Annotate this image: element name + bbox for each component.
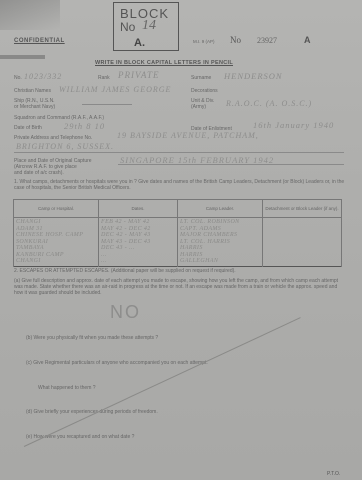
pto-label: P.T.O. [327,471,340,477]
dates-entry: ... [101,258,175,265]
camps-table-row: CHANGI ADAM 31 CHINESE HOSP. CAMP SONKUR… [14,218,342,267]
leader-entry: GALLEGHAN [180,258,260,265]
service-no-value: 1023/332 [24,72,62,81]
form-reference: M.I. 9 (AP) [193,39,215,44]
camp-entry: CHANGI [16,258,96,265]
christian-names-value: WILLIAM JAMES GEORGE [59,85,171,94]
form-number-suffix: A [304,35,311,45]
enlistment-value: 16th January 1940 [253,120,334,130]
form-number-value: 23927 [257,36,277,45]
page-edge-mark [0,55,45,59]
page-shadow [0,0,60,30]
address-label: Private Address and Telephone No. [14,135,92,141]
instruction-heading: WRITE IN BLOCK CAPITAL LETTERS IN PENCIL [95,60,233,66]
col-camp-header: Camp or Hospital. [14,200,99,218]
rank-value: PRIVATE [118,70,160,80]
block-stamp: BLOCK No 14 A. [113,2,179,51]
question-2-heading: 2. ESCAPES OR ATTEMPTED ESCAPES. (Additi… [14,268,346,274]
unit-label-line2: (Army) [191,104,206,110]
question-2c-sub: What happened to them ? [38,385,96,391]
service-no-label: No. [14,75,22,81]
dob-label: Date of Birth [14,125,42,131]
camps-table-header: Camp or Hospital. Dates. Camp Leader. De… [14,200,342,218]
pow-questionnaire-page: CONFIDENTIAL BLOCK No 14 A. M.I. 9 (AP) … [0,0,362,480]
col-leader-header: Camp Leader. [178,200,263,218]
confidential-label: CONFIDENTIAL [14,38,65,44]
decorations-label: Decorations [191,88,218,94]
block-no-label: No [120,20,135,34]
question-2a-answer: NO [110,302,141,323]
leader-cell: LT. COL. ROBINSON CAPT. ADAMS MAJOR CHAM… [178,218,263,267]
capture-field-line [118,164,344,165]
surname-label: Surname [191,75,211,81]
question-2c-text: (c) Give Regimental particulars of anyon… [26,360,208,366]
block-no-value: 14 [142,18,156,34]
address-field-line [14,152,344,153]
address-line2: BRIGHTON 6, SUSSEX. [16,142,114,151]
address-line1: 19 BAYSIDE AVENUE, PATCHAM, [117,131,259,140]
question-2a-text: (a) Give full description and approx. da… [14,278,346,296]
capture-label-line3: and date of a/c crash). [14,170,64,176]
camps-table: Camp or Hospital. Dates. Camp Leader. De… [13,199,342,267]
col-dates-header: Dates. [99,200,178,218]
camp-cell: CHANGI ADAM 31 CHINESE HOSP. CAMP SONKUR… [14,218,99,267]
unit-value: R.A.O.C. (A. O.S.C.) [226,99,312,108]
question-1-text: 1. What camps, detachments or hospitals … [14,179,346,191]
block-letter: A. [134,37,145,49]
rank-label: Rank [98,75,110,81]
ship-field-line [82,104,132,105]
dates-cell: FEB 42 - MAY 42 MAY 42 - DEC 42 DEC 42 -… [99,218,178,267]
block-leader-cell [263,218,342,267]
col-block-header: Detachment or Block Leader (if any). [263,200,342,218]
question-2b-text: (b) Were you physically fit when you mad… [26,335,158,341]
christian-names-label: Christian Names [14,88,51,94]
surname-value: HENDERSON [224,71,283,81]
form-number-label: No [230,35,241,45]
dob-value: 29th 8 10 [64,121,105,131]
ship-label-line2: or Merchant Navy) [14,104,55,110]
